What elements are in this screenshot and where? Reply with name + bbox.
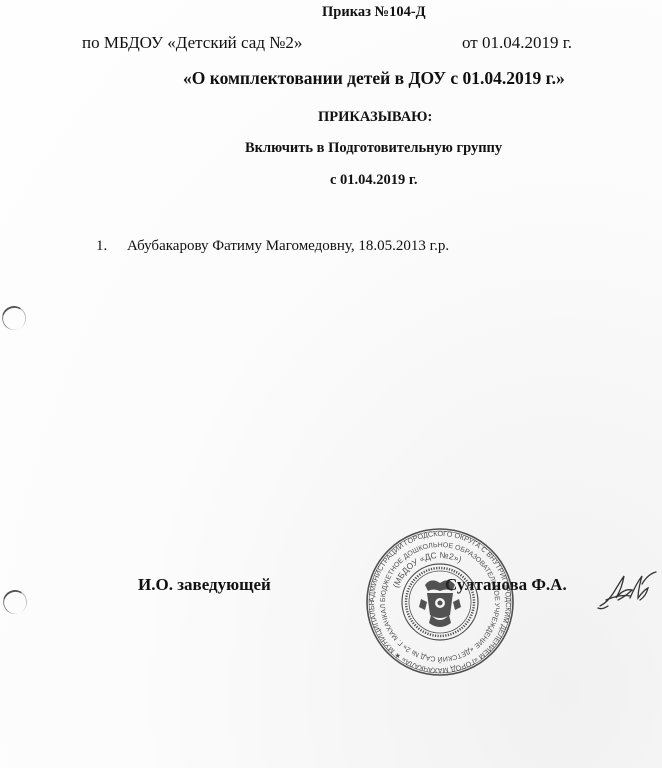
order-subject: «О комплектовании детей в ДОУ с 01.04.20… bbox=[183, 68, 565, 89]
handwritten-signature-icon bbox=[596, 570, 658, 614]
order-directive: ПРИКАЗЫВАЮ: bbox=[318, 109, 432, 126]
list-item-text: Абубакарову Фатиму Магомедовну, 18.05.20… bbox=[127, 238, 449, 255]
list-item-number: 1. bbox=[96, 238, 127, 255]
order-date: от 01.04.2019 г. bbox=[462, 33, 572, 53]
order-number: Приказ №104-Д bbox=[322, 4, 426, 21]
official-seal-icon: АДМИНИСТРАЦИИ ГОРОДСКОГО ОКРУГА С ВНУТРИ… bbox=[365, 527, 515, 677]
list-item: 1. Абубакарову Фатиму Магомедовну, 18.05… bbox=[96, 238, 449, 255]
enrollee-list: 1. Абубакарову Фатиму Магомедовну, 18.05… bbox=[96, 238, 449, 255]
effective-date: с 01.04.2019 г. bbox=[330, 172, 418, 189]
organization-name: по МБДОУ «Детский сад №2» bbox=[82, 33, 302, 53]
signer-position: И.О. заведующей bbox=[138, 575, 271, 595]
include-instruction: Включить в Подготовительную группу bbox=[245, 140, 502, 157]
